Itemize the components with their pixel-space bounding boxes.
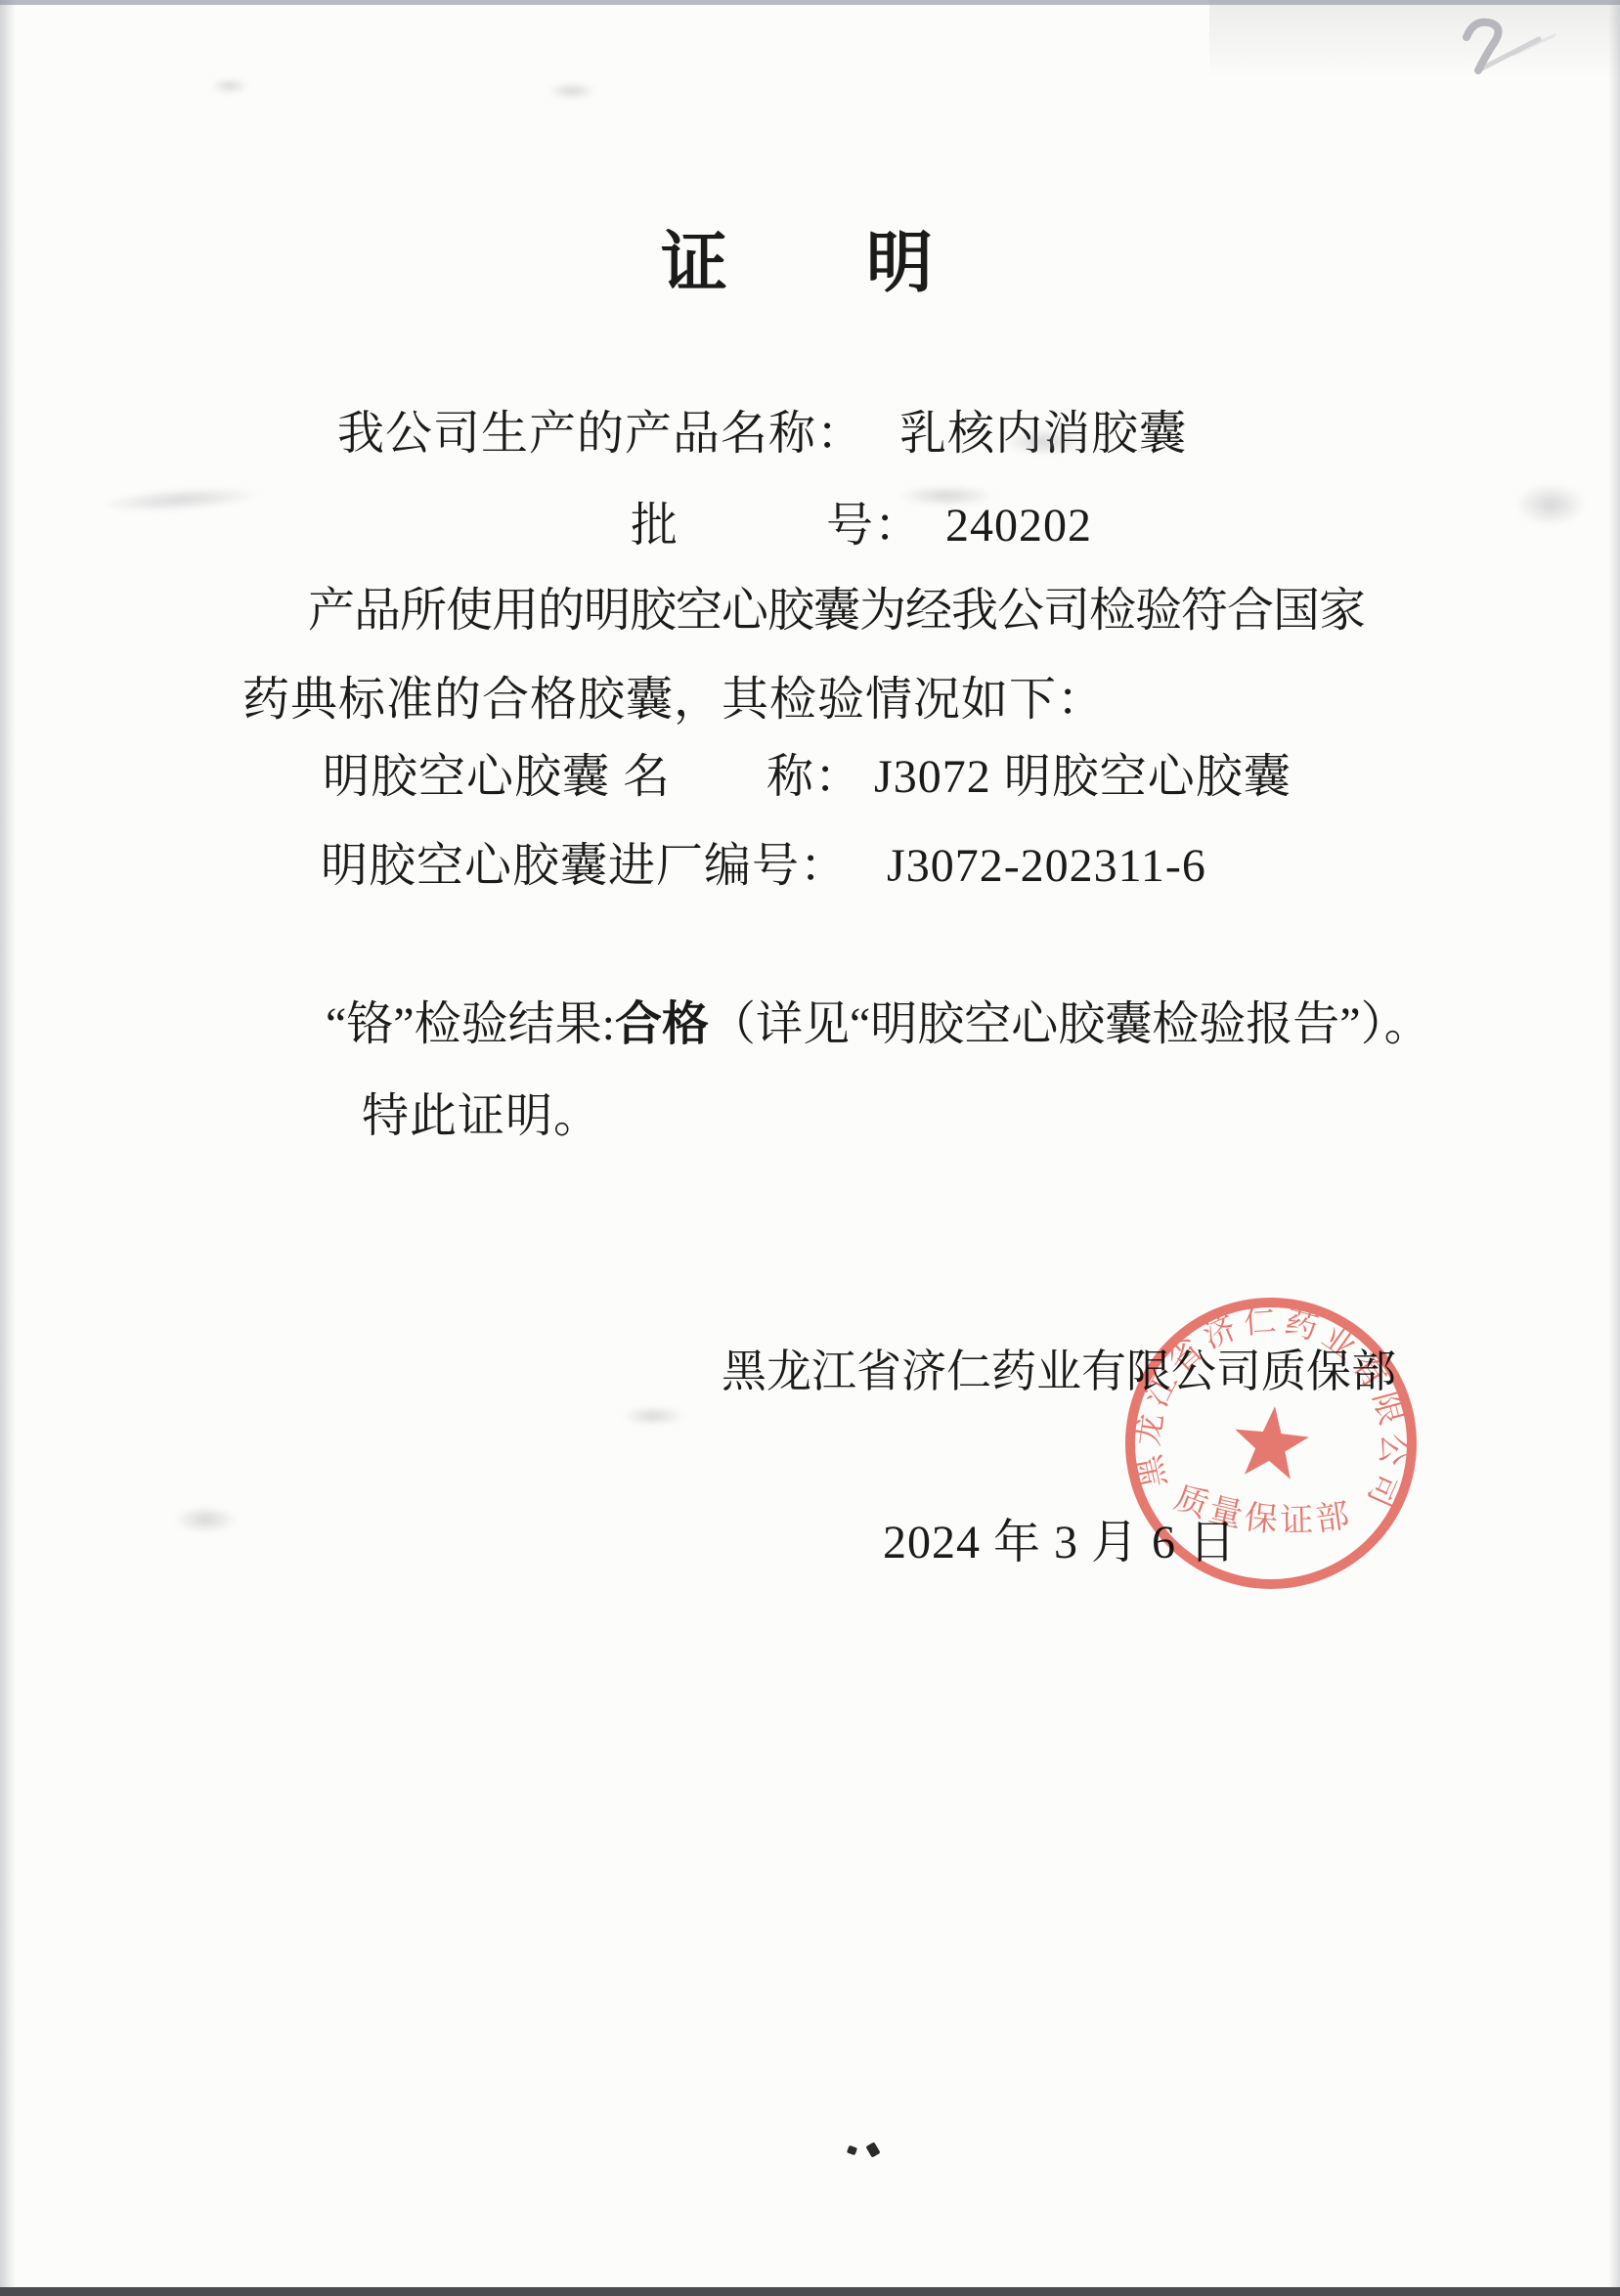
capsule-name-label-part2: 称： — [766, 751, 862, 803]
company-seal-stamp: 黑龙江省济仁药业有限公司 质量保证部 — [1118, 1291, 1423, 1596]
scan-smudge — [174, 1506, 237, 1533]
ink-speck — [847, 2145, 857, 2156]
ink-speck — [865, 2141, 880, 2157]
batch-number-line: 批号：240202 — [631, 487, 1092, 554]
factory-number-label: 明胶空心胶囊进厂编号： — [321, 840, 848, 892]
body-paragraph-line2: 药典标准的合格胶囊，其检验情况如下： — [242, 661, 1105, 729]
svg-text:黑龙江省济仁药业有限公司: 黑龙江省济仁药业有限公司 — [1125, 1291, 1423, 1519]
body-paragraph-line1: 产品所使用的明胶空心胶囊为经我公司检验符合国家 — [308, 572, 1365, 640]
chromium-result-prefix: “铬”检验结果: — [326, 998, 615, 1050]
factory-number-value: J3072-202311-6 — [887, 840, 1206, 892]
svg-text:质量保证部: 质量保证部 — [1168, 1478, 1360, 1547]
scan-edge-bottom — [0, 2287, 1620, 2296]
batch-label-part1: 批 — [631, 500, 679, 552]
capsule-name-line: 明胶空心胶囊 名称：J3072 明胶空心胶囊 — [323, 738, 1292, 806]
scan-smudge — [210, 78, 249, 94]
chromium-result-value: 合格 — [615, 998, 709, 1050]
scan-edge-right — [1608, 0, 1620, 2296]
scanned-certificate-page: 2 证明 我公司生产的产品名称：乳核内消胶囊 批号：240202 产品所使用的明… — [0, 0, 1620, 2296]
scan-smudge — [1003, 428, 1085, 456]
chromium-result-suffix: （详见“明胶空心胶囊检验报告”）。 — [709, 998, 1431, 1050]
scan-smudge — [99, 483, 261, 515]
factory-number-line: 明胶空心胶囊进厂编号：J3072-202311-6 — [321, 827, 1206, 895]
capsule-name-value: J3072 明胶空心胶囊 — [874, 751, 1292, 803]
chromium-result-line: “铬”检验结果:合格（详见“明胶空心胶囊检验报告”）。 — [326, 986, 1431, 1053]
seal-star-icon — [1231, 1402, 1312, 1480]
seal-bottom-text: 质量保证部 — [1168, 1478, 1360, 1547]
scan-smudge — [622, 1406, 684, 1426]
batch-number-value: 240202 — [945, 500, 1092, 552]
product-name-label: 我公司生产的产品名称： — [337, 408, 864, 460]
seal-stamp-graphic: 黑龙江省济仁药业有限公司 质量保证部 — [1118, 1291, 1423, 1596]
page-title: 证明 — [661, 210, 1072, 305]
scan-smudge — [1515, 483, 1586, 526]
capsule-name-label-part1: 明胶空心胶囊 名 — [323, 751, 671, 803]
pencil-2-icon — [1445, 10, 1572, 98]
handwritten-page-mark: 2 — [1445, 10, 1572, 98]
batch-label-part2: 号： — [826, 500, 922, 552]
seal-ring-text: 黑龙江省济仁药业有限公司 — [1125, 1291, 1423, 1519]
scan-edge-left — [0, 0, 16, 2296]
scan-smudge — [898, 485, 995, 507]
scan-smudge — [547, 82, 596, 100]
closing-statement: 特此证明。 — [362, 1078, 601, 1145]
